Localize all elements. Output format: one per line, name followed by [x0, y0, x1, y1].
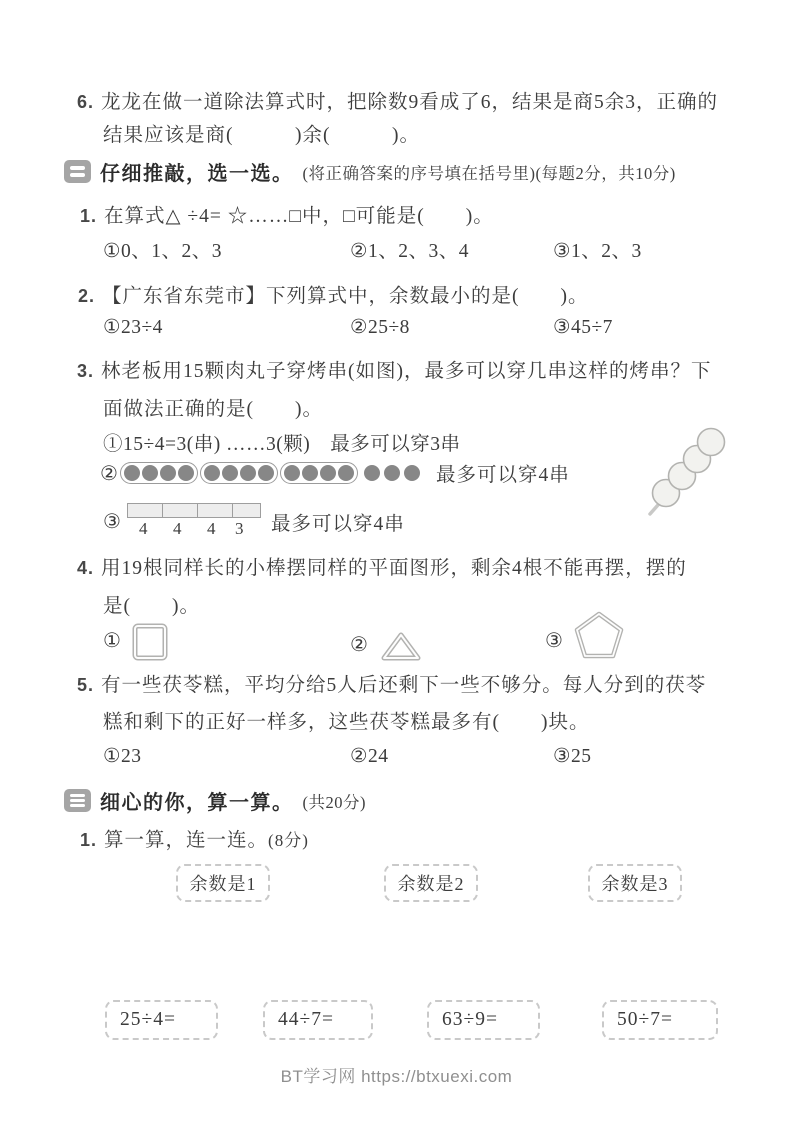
calc-subtitle: 1.算一算，连一连。(8分) — [80, 824, 309, 852]
question-3-number: 3. — [77, 361, 94, 381]
question-3-option-2: ② 最多可以穿4串 — [100, 459, 570, 487]
question-2-text: 【广东省东莞市】下列算式中，余数最小的是( )。 — [102, 286, 589, 307]
meatball-group — [280, 462, 358, 484]
question-4-line2: 是( )。 — [103, 590, 200, 618]
question-2-option-2: ②25÷8 — [350, 315, 410, 339]
question-5-text: 有一些茯苓糕，平均分给5人后还剩下一些不够分。每人分到的茯苓 — [101, 675, 706, 696]
question-4-text: 用19根同样长的小棒摆同样的平面图形，剩余4根不能再摆，摆的 — [101, 558, 687, 579]
pentagon-shape-icon — [572, 610, 626, 662]
question-3-line2: 面做法正确的是( )。 — [103, 393, 323, 421]
segment-bar — [127, 503, 261, 518]
question-5-option-3: ③25 — [553, 744, 591, 768]
equation-box-1: 25÷4= — [105, 1000, 218, 1040]
option-2-caption: 最多可以穿4串 — [436, 459, 570, 487]
question-6-line2: 结果应该是商( )余( )。 — [103, 119, 420, 147]
question-2-option-3: ③45÷7 — [553, 315, 613, 339]
segment-label: 4 — [173, 519, 182, 539]
question-5-option-2: ②24 — [350, 744, 388, 768]
question-3-line1: 3.林老板用15颗肉丸子穿烤串(如图)，最多可以穿几串这样的烤串？下 — [77, 355, 712, 383]
question-5-line2: 糕和剩下的正好一样多，这些茯苓糕最多有( )块。 — [103, 706, 590, 734]
section-three-note: (共20分) — [303, 789, 367, 813]
section-two-title: 仔细推敲，选一选。 — [100, 157, 294, 186]
segment-label: 4 — [207, 519, 216, 539]
question-1-option-3: ③1、2、3 — [553, 235, 642, 263]
site-footer: BT学习网 https://btxuexi.com — [0, 1062, 793, 1087]
equation-box-3: 63÷9= — [427, 1000, 540, 1040]
worksheet-page: 6.龙龙在做一道除法算式时，把除数9看成了6，结果是商5余3，正确的 结果应该是… — [0, 0, 793, 1122]
calc-subtitle-text: 算一算，连一连。 — [104, 830, 268, 851]
question-5-option-1: ①23 — [103, 744, 141, 768]
question-4-number: 4. — [77, 558, 94, 578]
question-1-text: 在算式△ ÷4= ☆……□中，□可能是( )。 — [104, 206, 494, 227]
section-three-title: 细心的你，算一算。 — [100, 786, 294, 815]
question-3-option-1: ①15÷4=3(串) ……3(颗) 最多可以穿3串 — [103, 428, 461, 456]
question-2-option-1: ①23÷4 — [103, 315, 163, 339]
question-6-number: 6. — [77, 92, 94, 112]
question-1-option-1: ①0、1、2、3 — [103, 235, 222, 263]
remainder-box-2: 余数是2 — [384, 864, 478, 902]
square-shape-icon — [131, 622, 169, 662]
remainder-box-1: 余数是1 — [176, 864, 270, 902]
section-three-header: 细心的你，算一算。 (共20分) — [64, 786, 366, 815]
question-4-marker-3: ③ — [545, 628, 563, 653]
question-4-marker-2: ② — [350, 632, 368, 657]
equation-box-4: 50÷7= — [602, 1000, 718, 1040]
meatball-group — [120, 462, 198, 484]
calc-subtitle-score: (8分) — [268, 831, 309, 850]
question-6-line1: 6.龙龙在做一道除法算式时，把除数9看成了6，结果是商5余3，正确的 — [77, 86, 718, 114]
question-4-marker-1: ① — [103, 628, 121, 653]
list-two-lines-icon — [64, 160, 91, 183]
loose-meatballs — [364, 465, 420, 481]
question-2-number: 2. — [78, 286, 95, 306]
question-1-number: 1. — [80, 206, 97, 226]
segment-label: 4 — [139, 519, 148, 539]
section-two-note: (将正确答案的序号填在括号里)(每题2分，共10分) — [303, 160, 676, 184]
question-2-line: 2.【广东省东莞市】下列算式中，余数最小的是( )。 — [78, 280, 589, 308]
option-2-marker: ② — [100, 461, 118, 486]
remainder-box-3: 余数是3 — [588, 864, 682, 902]
triangle-shape-icon — [379, 631, 423, 663]
question-5-number: 5. — [77, 675, 94, 695]
list-three-lines-icon — [64, 789, 91, 812]
segment-label: 3 — [235, 519, 244, 539]
meatball-group — [200, 462, 278, 484]
question-5-line1: 5.有一些茯苓糕，平均分给5人后还剩下一些不够分。每人分到的茯苓 — [77, 669, 706, 697]
question-4-line1: 4.用19根同样长的小棒摆同样的平面图形，剩余4根不能再摆，摆的 — [77, 552, 687, 580]
equation-box-2: 44÷7= — [263, 1000, 373, 1040]
question-1-line: 1.在算式△ ÷4= ☆……□中，□可能是( )。 — [80, 200, 494, 228]
option-3-caption: 最多可以穿4串 — [271, 508, 405, 536]
section-two-header: 仔细推敲，选一选。 (将正确答案的序号填在括号里)(每题2分，共10分) — [64, 157, 676, 186]
question-3-text: 林老板用15颗肉丸子穿烤串(如图)，最多可以穿几串这样的烤串？下 — [101, 361, 712, 382]
calc-subtitle-number: 1. — [80, 830, 97, 850]
meatball-skewer-icon — [642, 413, 730, 519]
option-3-marker: ③ — [103, 509, 121, 534]
question-6-text: 龙龙在做一道除法算式时，把除数9看成了6，结果是商5余3，正确的 — [101, 92, 718, 113]
question-1-option-2: ②1、2、3、4 — [350, 235, 469, 263]
